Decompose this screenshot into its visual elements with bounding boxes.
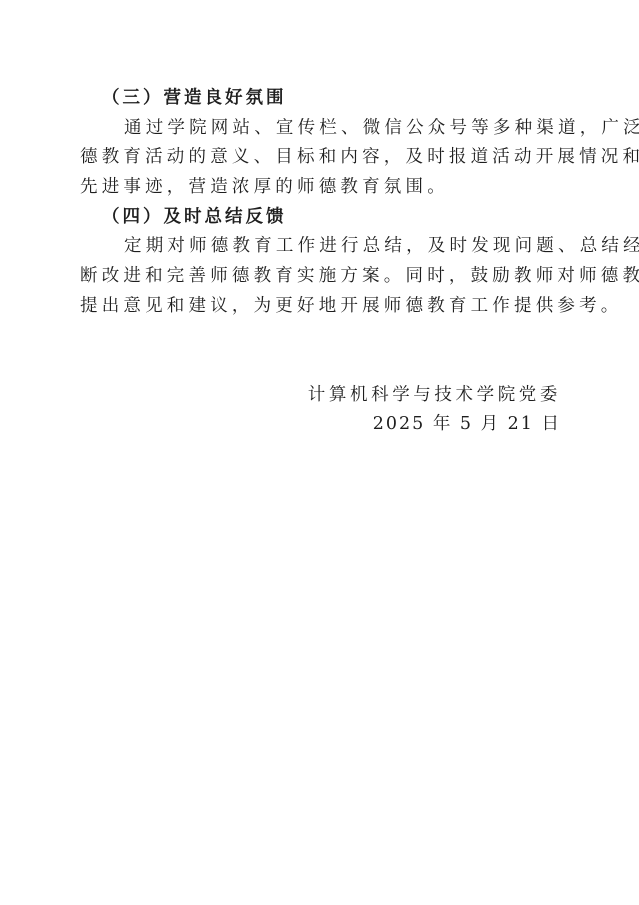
paragraph-line: 先进事迹，营造浓厚的师德教育氛围。 [80,173,562,203]
paragraph-line: 德教育活动的意义、目标和内容，及时报道活动开展情况和教师的 [80,143,562,173]
paragraph-line: 通过学院网站、宣传栏、微信公众号等多种渠道，广泛宣传师 [80,114,562,144]
signature-date: 2025 年 5 月 21 日 [373,410,561,440]
section-heading-3: （三）营造良好氛围 [80,84,562,114]
paragraph-line: 定期对师德教育工作进行总结，及时发现问题、总结经验，不 [80,232,562,262]
paragraph-line: 提出意见和建议，为更好地开展师德教育工作提供参考。 [80,292,562,322]
section-heading-4: （四）及时总结反馈 [80,203,562,233]
document-body: （三）营造良好氛围 通过学院网站、宣传栏、微信公众号等多种渠道，广泛宣传师 德教… [80,84,562,322]
paragraph-line: 断改进和完善师德教育实施方案。同时，鼓励教师对师德教育工作 [80,262,562,292]
signature-organization: 计算机科学与技术学院党委 [308,381,561,411]
